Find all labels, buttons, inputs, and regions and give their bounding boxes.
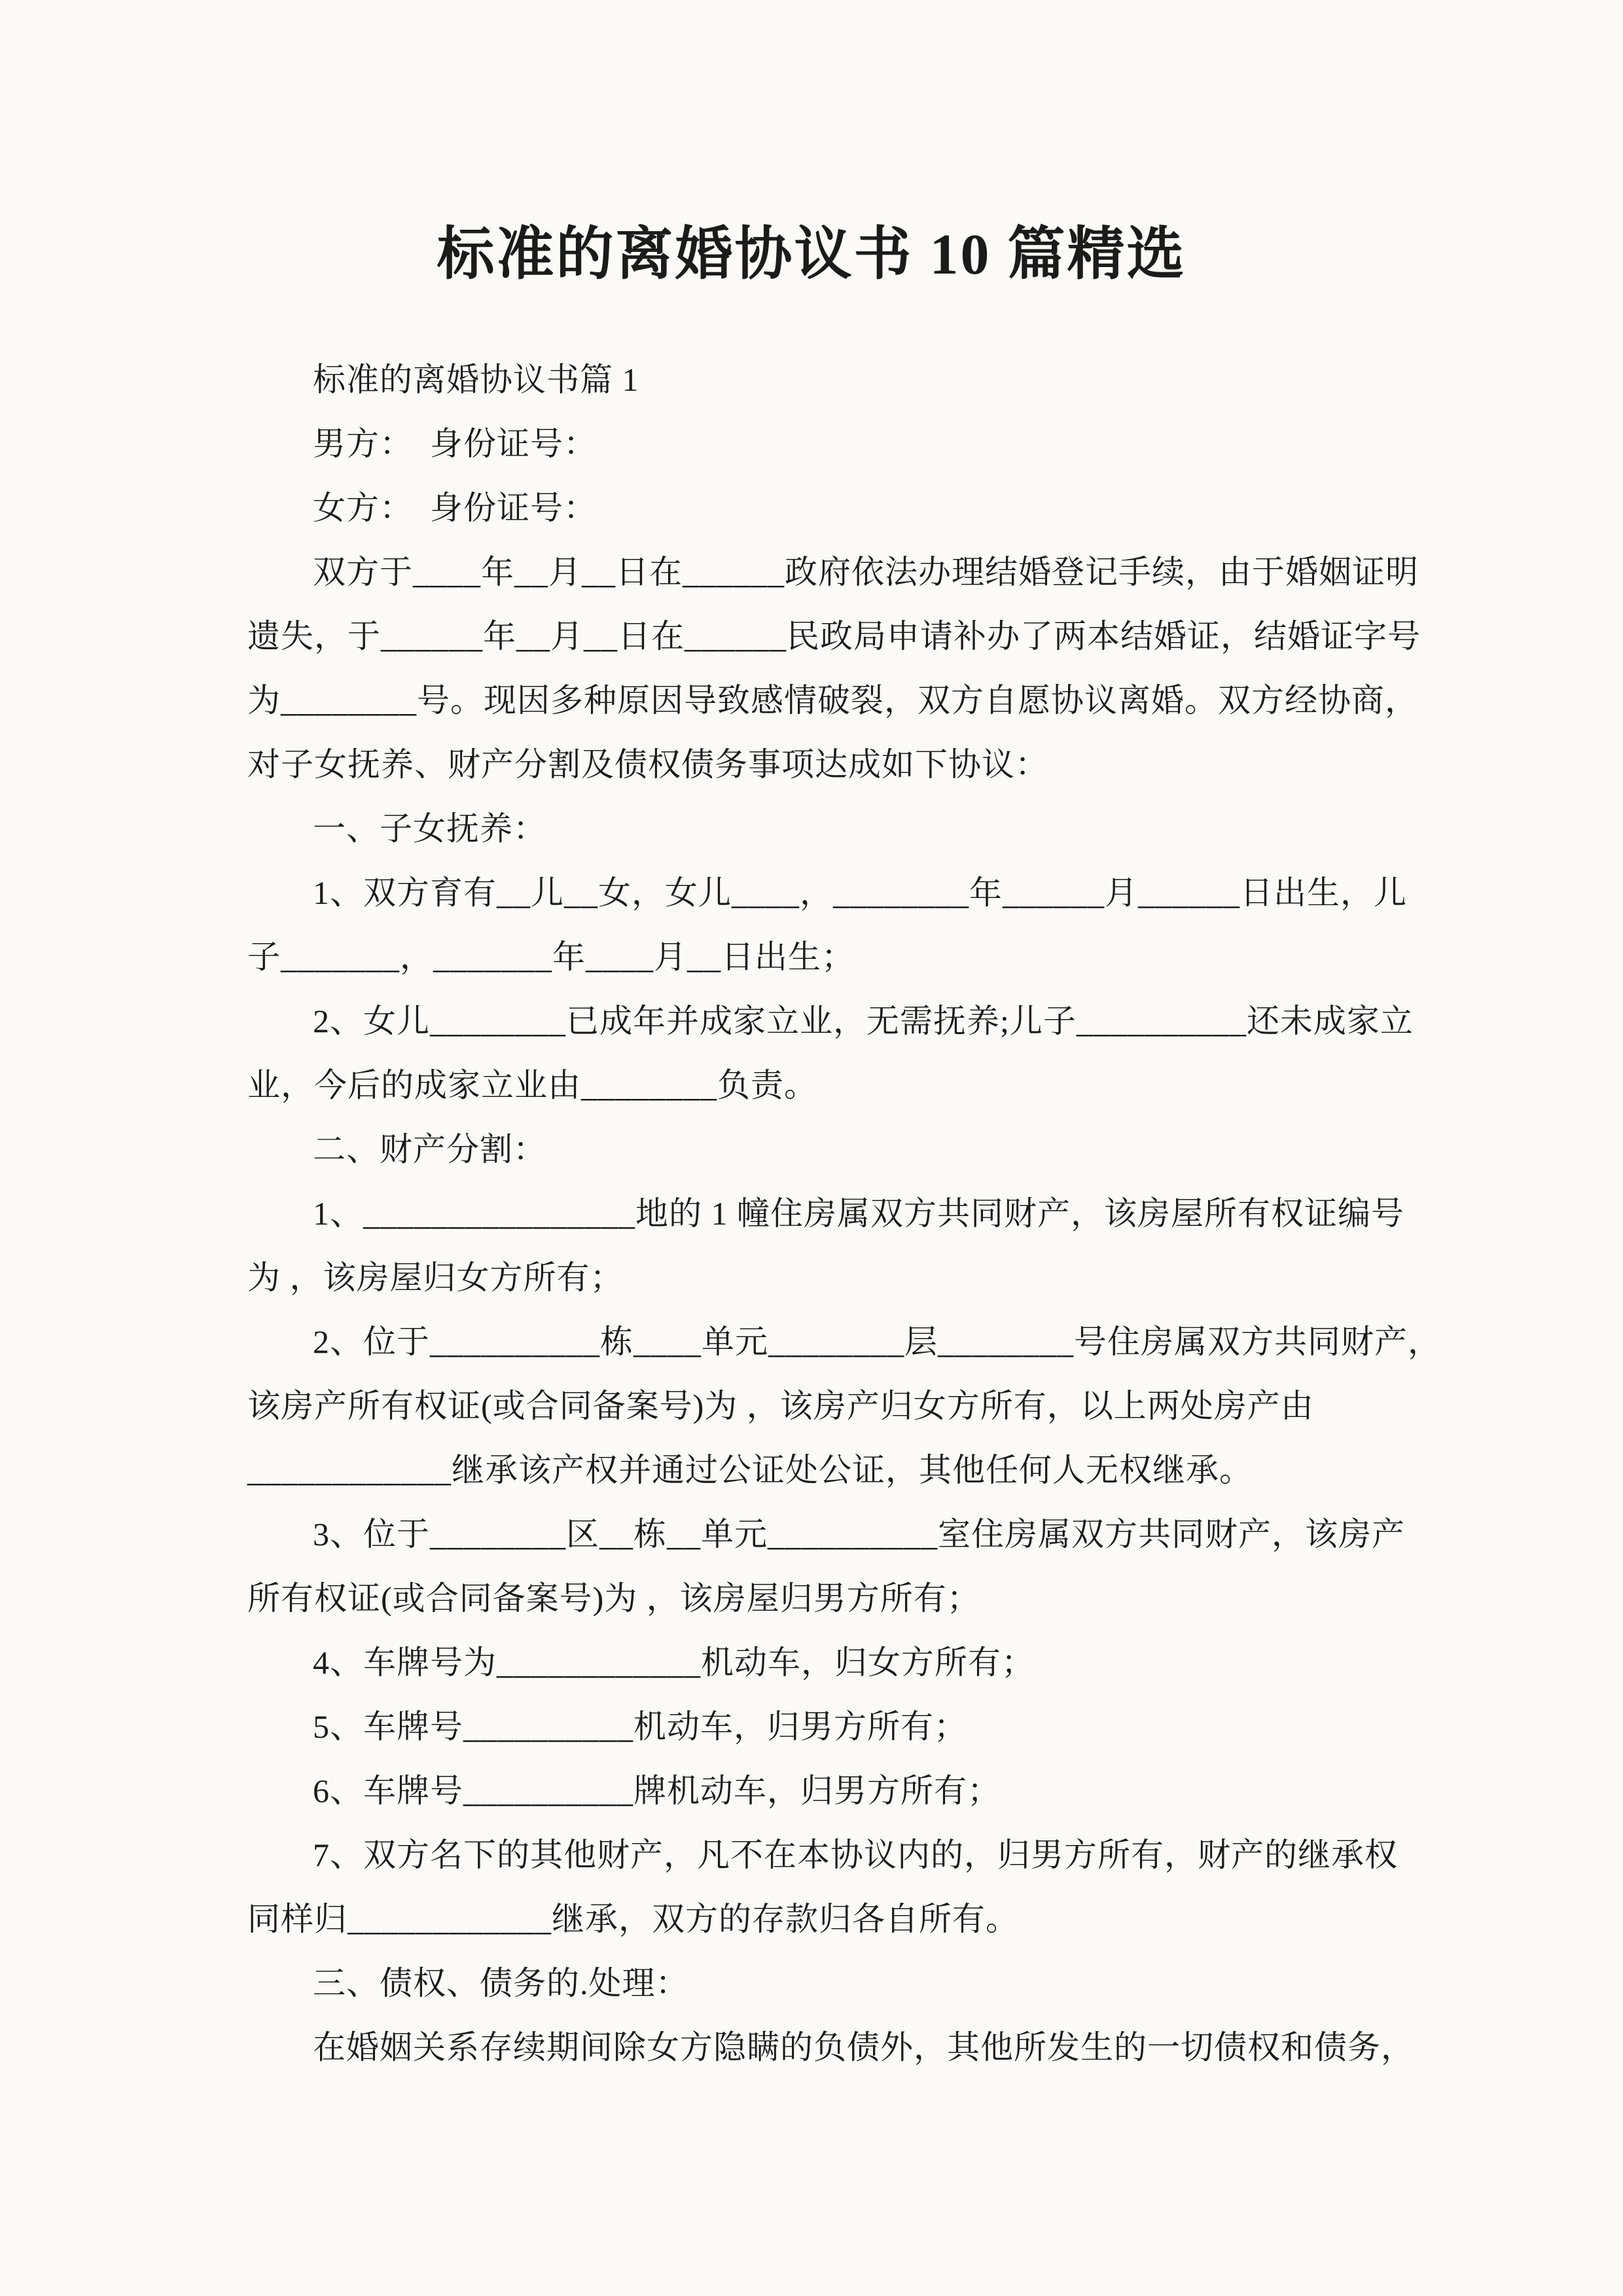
document-line: 4、车牌号为____________机动车，归女方所有； — [247, 1630, 1419, 1695]
document-line: 1、________________地的 1 幢住房属双方共同财产，该房屋所有权… — [247, 1181, 1419, 1246]
document-line: 该房产所有权证(或合同备案号)为 ，该房产归女方所有，以上两处房产由 — [247, 1374, 1419, 1438]
document-line: 一、子女抚养： — [247, 797, 1419, 861]
document-line: 5、车牌号__________机动车，归男方所有； — [247, 1695, 1419, 1759]
document-line: 子_______，_______年____月__日出生； — [247, 925, 1419, 989]
document-line: 三、债权、债务的.处理： — [247, 1951, 1419, 2015]
document-line: 1、双方育有__儿__女，女儿____，________年______月____… — [247, 861, 1419, 925]
document-line: 2、女儿________已成年并成家立业，无需抚养;儿子__________还未… — [247, 989, 1419, 1053]
document-line: 所有权证(或合同备案号)为 ，该房屋归男方所有； — [247, 1566, 1419, 1630]
document-line: 3、位于________区__栋__单元__________室住房属双方共同财产… — [247, 1502, 1419, 1566]
document-line: 2、位于__________栋____单元________层________号住… — [247, 1310, 1419, 1374]
document-line: 为________号。现因多种原因导致感情破裂，双方自愿协议离婚。双方经协商， — [247, 668, 1419, 732]
document-line: 男方： 身份证号： — [247, 412, 1419, 476]
document-body: 标准的离婚协议书篇 1男方： 身份证号：女方： 身份证号：双方于____年__月… — [247, 348, 1419, 2079]
document-line: 遗失，于______年__月__日在______民政局申请补办了两本结婚证，结婚… — [247, 604, 1419, 668]
document-line: 同样归____________继承，双方的存款归各自所有。 — [247, 1887, 1419, 1951]
document-line: 6、车牌号__________牌机动车，归男方所有； — [247, 1759, 1419, 1823]
document-line: 7、双方名下的其他财产，凡不在本协议内的，归男方所有，财产的继承权 — [247, 1823, 1419, 1887]
document-line: 二、财产分割： — [247, 1117, 1419, 1181]
document-line: 双方于____年__月__日在______政府依法办理结婚登记手续，由于婚姻证明 — [247, 540, 1419, 604]
document-line: 在婚姻关系存续期间除女方隐瞒的负债外，其他所发生的一切债权和债务， — [247, 2015, 1419, 2079]
document-line: 标准的离婚协议书篇 1 — [247, 348, 1419, 412]
document-line: ____________继承该产权并通过公证处公证，其他任何人无权继承。 — [247, 1438, 1419, 1502]
document-line: 为 ，该房屋归女方所有； — [247, 1246, 1419, 1310]
document-line: 女方： 身份证号： — [247, 476, 1419, 540]
document-line: 业，今后的成家立业由________负责。 — [247, 1053, 1419, 1117]
document-line: 对子女抚养、财产分割及债权债务事项达成如下协议： — [247, 732, 1419, 797]
document-page: 标准的离婚协议书 10 篇精选 标准的离婚协议书篇 1男方： 身份证号：女方： … — [0, 0, 1623, 2296]
document-title: 标准的离婚协议书 10 篇精选 — [0, 208, 1623, 291]
